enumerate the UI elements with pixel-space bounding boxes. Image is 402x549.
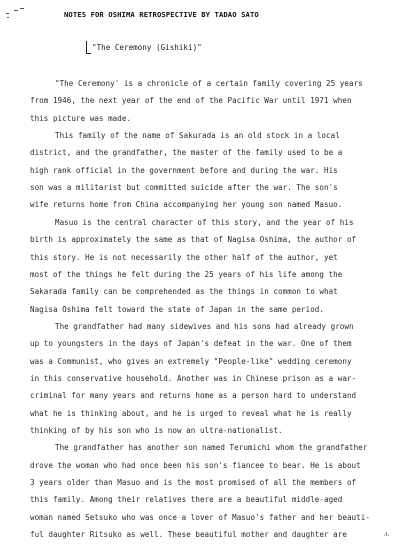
text-line: thinking of by his son who is now an ult… [30,426,283,435]
scan-artifact [7,17,9,18]
text-line: what he is thinking about, and he is urg… [30,409,352,418]
text-line: wife returns home from China accompanyin… [30,200,342,209]
text-line: ful daughter Ritsuko as well. These beau… [30,530,347,539]
text-line: The grandfather had many sidewives and h… [55,322,354,331]
scan-artifact [20,8,24,9]
text-line: 3 years older than Masuo and is the most… [30,478,356,487]
scan-artifact [14,10,18,11]
text-line: district, and the grandfather, the maste… [30,148,342,157]
text-line: Masuo is the central character of this s… [55,218,354,227]
document-page: NOTES FOR OSHIMA RETROSPECTIVE BY TADAO … [0,0,402,549]
document-heading: NOTES FOR OSHIMA RETROSPECTIVE BY TADAO … [64,10,259,19]
text-line: drove the woman who had once been his so… [30,461,361,470]
text-line: this story. He is not necessarily the ot… [30,253,338,262]
film-title: "The Ceremony (Gishiki)" [86,41,202,54]
text-line: high rank official in the government bef… [30,166,338,175]
text-line: son was a militarist but committed suici… [30,183,338,192]
text-line: most of the things he felt during the 25… [30,270,342,279]
edit-mark [86,41,91,54]
text-line: in this conservative household. Another … [30,374,356,383]
text-line: was a Communist, who gives an extremely … [30,357,352,366]
text-line: The grandfather has another son named Te… [55,443,367,452]
page-mark: A. [384,532,389,538]
text-line: Sakarada family can be comprehended as t… [30,287,338,296]
text-line: criminal for many years and returns home… [30,391,356,400]
text-line: from 1946, the next year of the end of t… [30,96,352,105]
text-line: This family of the name of Sakurada is a… [55,131,340,140]
text-line: this family. Among their relatives there… [30,495,342,504]
text-line: "The Ceremony' is a chronicle of a certa… [55,79,363,88]
text-line: birth is approximately the same as that … [30,235,356,244]
film-title-text: "The Ceremony (Gishiki)" [92,43,202,52]
scan-artifact [6,13,9,14]
text-line: Nagisa Oshima felt toward the state of J… [30,305,324,314]
text-line: up to youngsters in the days of Japan's … [30,339,352,348]
text-line: this picture was made. [30,114,131,123]
text-line: woman named Setsuko who was once a lover… [30,513,370,522]
